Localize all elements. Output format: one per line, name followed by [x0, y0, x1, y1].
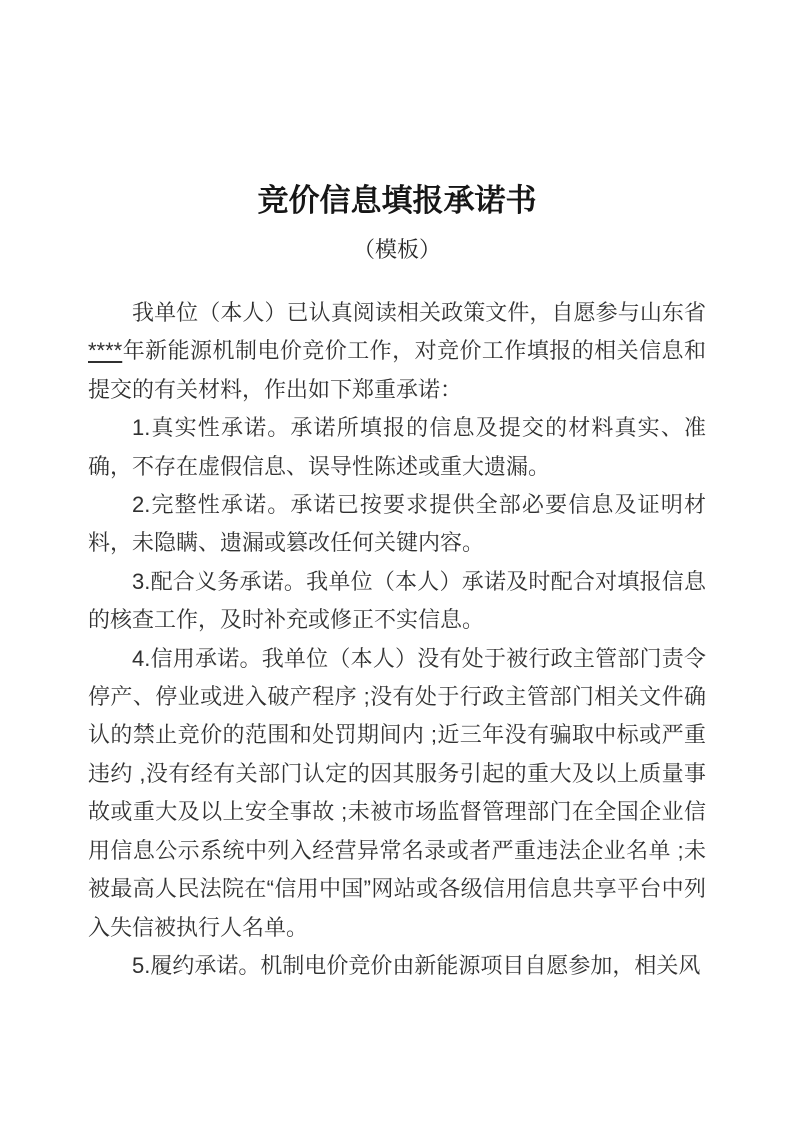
intro-text-before: 我单位（本人）已认真阅读相关政策文件，自愿参与山东省: [132, 300, 706, 325]
blank-underline: ****: [88, 338, 122, 363]
commitment-paragraph-5: 5.履约承诺。机制电价竞价由新能源项目自愿参加，相关风: [88, 947, 706, 985]
document-body: 我单位（本人）已认真阅读相关政策文件，自愿参与山东省****年新能源机制电价竞价…: [88, 294, 706, 985]
intro-paragraph: 我单位（本人）已认真阅读相关政策文件，自愿参与山东省****年新能源机制电价竞价…: [88, 294, 706, 409]
intro-text-after: 年新能源机制电价竞价工作，对竞价工作填报的相关信息和提交的有关材料，作出如下郑重…: [88, 338, 706, 401]
page-subtitle: （模板）: [88, 236, 706, 264]
commitment-paragraph-3: 3.配合义务承诺。我单位（本人）承诺及时配合对填报信息的核查工作，及时补充或修正…: [88, 563, 706, 640]
page-title: 竞价信息填报承诺书: [88, 183, 706, 219]
document-page: 竞价信息填报承诺书 （模板） 我单位（本人）已认真阅读相关政策文件，自愿参与山东…: [0, 0, 793, 1122]
commitment-paragraph-2: 2.完整性承诺。承诺已按要求提供全部必要信息及证明材料，未隐瞒、遗漏或篡改任何关…: [88, 486, 706, 563]
commitment-paragraph-1: 1.真实性承诺。承诺所填报的信息及提交的材料真实、准确，不存在虚假信息、误导性陈…: [88, 409, 706, 486]
commitment-paragraph-4: 4.信用承诺。我单位（本人）没有处于被行政主管部门责令停产、停业或进入破产程序 …: [88, 640, 706, 947]
